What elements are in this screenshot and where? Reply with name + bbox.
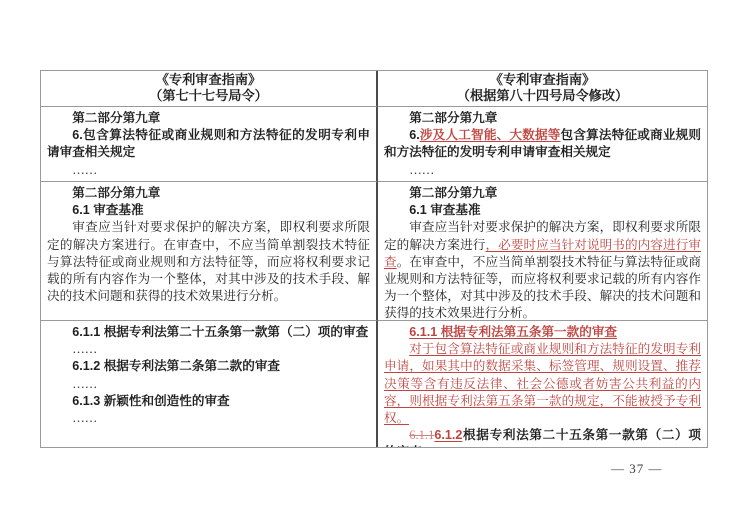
- row2-new-cell: 第二部分第九章 6.1 审查基准 审查应当针对要求保护的解决方案，即权利要求所限…: [378, 181, 707, 320]
- added-subsection-heading: 6.1.1 根据专利法第五条第一款的审查: [384, 324, 701, 341]
- section-heading: 第二部分第九章: [384, 110, 701, 127]
- page-number: — 37 —: [611, 461, 663, 477]
- section-heading: 第二部分第九章: [47, 110, 370, 127]
- new-guideline-subtitle: （根据第八十四号局令修改）: [384, 88, 701, 104]
- ellipsis: ……: [384, 162, 701, 179]
- section-heading: 第二部分第九章: [384, 185, 701, 202]
- row3-old-cell: 6.1.1 根据专利法第二十五条第一款第（二）项的审查 …… 6.1.2 根据专…: [41, 320, 378, 447]
- section-item: 6.包含算法特征或商业规则和方法特征的发明专利申请审查相关规定: [47, 127, 370, 161]
- subsection-heading: 6.1.3 新颖性和创造性的审查: [47, 393, 370, 410]
- subsection-heading: 6.1.2 根据专利法第二条第二款的审查: [47, 358, 370, 375]
- item-number: 6.: [409, 128, 420, 142]
- paragraph-text: 。在审查中，不应当简单割裂技术特征与算法特征或商业规则和方法特征等，而应将权利要…: [384, 255, 701, 320]
- added-number: 6.1.2: [434, 428, 462, 442]
- subsection-heading: 6.1.1 根据专利法第二十五条第一款第（二）项的审查: [47, 324, 370, 341]
- subsection-heading: 6.1 审查基准: [384, 202, 701, 219]
- section-item: 6.涉及人工智能、大数据等包含算法特征或商业规则和方法特征的发明专利申请审查相关…: [384, 127, 701, 161]
- new-guideline-header-cell: 《专利审查指南》 （根据第八十四号局令修改）: [378, 71, 707, 106]
- subsection-heading: 6.1 审查基准: [47, 202, 370, 219]
- document-page: 《专利审查指南》 （第七十七号局令） 《专利审查指南》 （根据第八十四号局令修改…: [0, 0, 750, 531]
- ellipsis: ……: [47, 410, 370, 427]
- row3-new-cell: 6.1.1 根据专利法第五条第一款的审查 对于包含算法特征或商业规则和方法特征的…: [378, 320, 707, 447]
- deleted-number: 6.1.1: [409, 428, 434, 442]
- added-paragraph: 对于包含算法特征或商业规则和方法特征的发明专利申请，如果其中的数据采集、标签管理…: [384, 341, 701, 427]
- old-guideline-subtitle: （第七十七号局令）: [47, 88, 370, 104]
- renumbered-heading: 6.1.16.1.2根据专利法第二十五条第一款第（二）项的审查: [384, 427, 701, 447]
- comparison-table: 《专利审查指南》 （第七十七号局令） 《专利审查指南》 （根据第八十四号局令修改…: [40, 70, 708, 448]
- row1-old-cell: 第二部分第九章 6.包含算法特征或商业规则和方法特征的发明专利申请审查相关规定 …: [41, 106, 378, 181]
- old-guideline-title: 《专利审查指南》: [47, 72, 370, 88]
- ellipsis: ……: [47, 162, 370, 179]
- section-heading: 第二部分第九章: [47, 185, 370, 202]
- ellipsis: ……: [47, 341, 370, 358]
- body-paragraph: 审查应当针对要求保护的解决方案，即权利要求所限定的解决方案进行。在审查中，不应当…: [47, 219, 370, 305]
- body-paragraph: 审查应当针对要求保护的解决方案，即权利要求所限定的解决方案进行，必要时应当针对说…: [384, 219, 701, 320]
- row2-old-cell: 第二部分第九章 6.1 审查基准 审查应当针对要求保护的解决方案，即权利要求所限…: [41, 181, 378, 320]
- ellipsis: ……: [47, 376, 370, 393]
- old-guideline-header-cell: 《专利审查指南》 （第七十七号局令）: [41, 71, 378, 106]
- added-text: 涉及人工智能、大数据等: [420, 128, 561, 142]
- row1-new-cell: 第二部分第九章 6.涉及人工智能、大数据等包含算法特征或商业规则和方法特征的发明…: [378, 106, 707, 181]
- new-guideline-title: 《专利审查指南》: [384, 72, 701, 88]
